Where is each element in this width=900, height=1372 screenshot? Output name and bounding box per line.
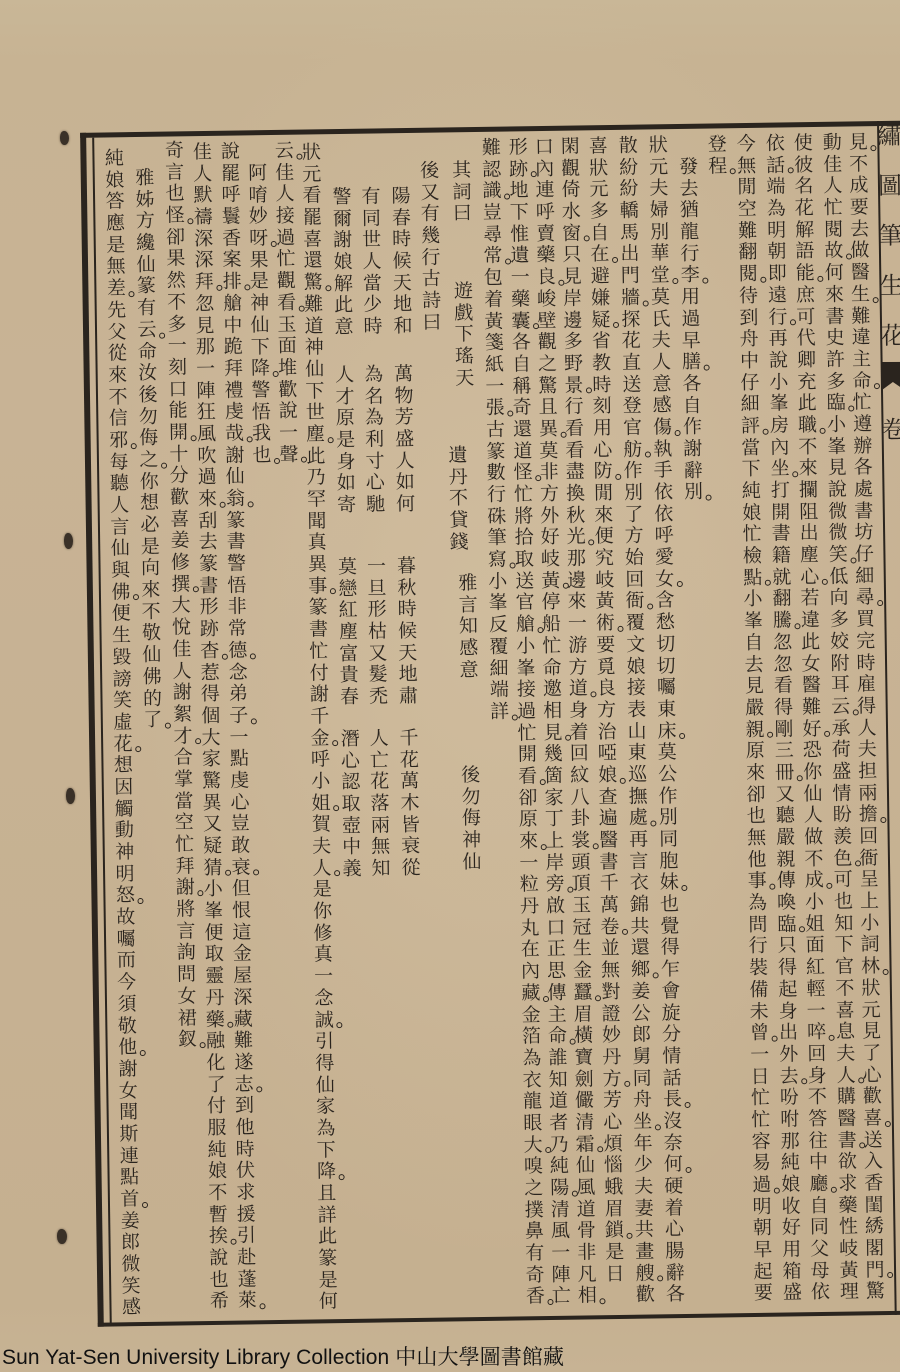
glyph: 細 bbox=[852, 566, 878, 588]
glyph: 八 bbox=[567, 787, 593, 809]
glyph: 惟 bbox=[507, 224, 533, 246]
glyph: 丹 bbox=[516, 896, 542, 918]
glyph: 作 bbox=[655, 786, 681, 808]
glyph: 心 bbox=[661, 1219, 687, 1241]
glyph: 天 bbox=[389, 273, 415, 295]
glyph: 原 bbox=[332, 408, 358, 430]
glyph: 此 bbox=[314, 1227, 340, 1249]
glyph: 忙 bbox=[172, 834, 198, 856]
glyph: 乃 bbox=[303, 468, 329, 490]
glyph: 拜 bbox=[220, 358, 246, 380]
glyph: 切 bbox=[653, 656, 679, 678]
glyph: 了 bbox=[203, 1074, 229, 1096]
glyph: 同 bbox=[629, 1068, 655, 1090]
glyph: 心 bbox=[600, 1112, 626, 1134]
glyph: 靈 bbox=[201, 966, 227, 988]
glyph: 卦 bbox=[567, 809, 593, 831]
glyph: 衰 bbox=[228, 857, 254, 879]
glyph: 一 bbox=[164, 335, 190, 357]
glyph: 猜 bbox=[200, 857, 226, 879]
glyph: 取 bbox=[511, 549, 537, 571]
glyph: 錢 bbox=[446, 532, 472, 554]
glyph: 萬 bbox=[391, 364, 417, 386]
glyph: 弟 bbox=[225, 684, 251, 706]
glyph: 解 bbox=[330, 274, 356, 296]
glyph: 看 bbox=[299, 186, 325, 208]
glyph: 的 bbox=[139, 688, 165, 710]
glyph: 方 bbox=[565, 657, 591, 679]
glyph: 性 bbox=[835, 1217, 861, 1239]
glyph: 好 bbox=[537, 527, 563, 549]
glyph: 一 bbox=[310, 966, 336, 988]
glyph: 十 bbox=[166, 444, 192, 466]
glyph: 數 bbox=[483, 463, 509, 485]
poem-line: 千花萬木皆衰從 bbox=[396, 728, 424, 880]
glyph: 意 bbox=[331, 317, 357, 339]
glyph: 名 bbox=[361, 386, 387, 408]
glyph: 端 bbox=[486, 680, 512, 702]
glyph: 官 bbox=[831, 957, 857, 979]
glyph: 岐 bbox=[592, 570, 618, 592]
glyph: 自 bbox=[741, 633, 767, 655]
glyph: 夫 bbox=[648, 330, 674, 352]
glyph: 紅 bbox=[802, 957, 828, 979]
glyph: 純 bbox=[546, 1156, 572, 1178]
glyph: 官 bbox=[619, 417, 645, 439]
glyph: 忙 bbox=[510, 484, 536, 506]
glyph: 來 bbox=[105, 365, 131, 387]
glyph: 時 bbox=[360, 316, 386, 338]
glyph: 長 bbox=[659, 1089, 685, 1111]
glyph: 送 bbox=[512, 571, 538, 593]
glyph: 娘 bbox=[778, 1174, 804, 1196]
glyph: 書 bbox=[822, 306, 848, 328]
poem-line: 暮秋時候天地肅 bbox=[393, 556, 421, 708]
glyph: 彼 bbox=[791, 155, 817, 177]
glyph: 主 bbox=[544, 1004, 570, 1026]
glyph: 枯 bbox=[364, 621, 390, 643]
glyph: 莫 bbox=[334, 557, 360, 579]
glyph: 後 bbox=[135, 385, 161, 407]
glyph: 箔 bbox=[518, 1026, 544, 1048]
glyph: 問 bbox=[745, 914, 771, 936]
glyph: 娘 bbox=[204, 1161, 230, 1183]
glyph: 啐 bbox=[803, 1022, 829, 1044]
glyph: 生 bbox=[847, 284, 873, 306]
glyph: 何 bbox=[315, 1292, 341, 1314]
glyph: 真 bbox=[310, 945, 336, 967]
glyph: 公 bbox=[628, 1003, 654, 1025]
glyph: 非 bbox=[224, 597, 250, 619]
library-collection-caption: Sun Yat-Sen University Library Collectio… bbox=[2, 1341, 564, 1371]
glyph: 來 bbox=[591, 505, 617, 527]
glyph: 話 bbox=[659, 1068, 685, 1090]
glyph: 說 bbox=[765, 350, 791, 372]
glyph: 翁 bbox=[222, 488, 248, 510]
glyph: 疑 bbox=[588, 309, 614, 331]
glyph: 娘 bbox=[595, 765, 621, 787]
glyph: 取 bbox=[338, 794, 364, 816]
glyph: 謝 bbox=[680, 439, 706, 461]
glyph: 禮 bbox=[221, 380, 247, 402]
glyph: 元 bbox=[299, 164, 325, 186]
glyph: 觀 bbox=[273, 271, 299, 293]
glyph: 囑 bbox=[113, 929, 139, 951]
glyph: 言 bbox=[107, 517, 133, 539]
glyph: 依 bbox=[650, 482, 676, 504]
glyph: 無 bbox=[734, 155, 760, 177]
glyph: 一 bbox=[363, 556, 389, 578]
glyph: 文 bbox=[623, 634, 649, 656]
glyph: 自 bbox=[586, 223, 612, 245]
glyph: 罷 bbox=[299, 207, 325, 229]
glyph: 傷 bbox=[649, 417, 675, 439]
glyph: 佳 bbox=[189, 142, 215, 164]
glyph: 問 bbox=[173, 964, 199, 986]
glyph: 道 bbox=[545, 1091, 571, 1113]
glyph: 劍 bbox=[571, 1069, 597, 1091]
glyph: 古 bbox=[482, 419, 508, 441]
glyph: 用 bbox=[677, 287, 703, 309]
glyph: 水 bbox=[558, 201, 584, 223]
glyph: 勿 bbox=[458, 787, 484, 809]
glyph: 多 bbox=[164, 314, 190, 336]
glyph: 驚 bbox=[300, 272, 326, 294]
glyph: 出 bbox=[796, 523, 822, 545]
glyph: 這 bbox=[229, 922, 255, 944]
glyph: 嗅 bbox=[520, 1156, 546, 1178]
glyph: 真 bbox=[304, 533, 330, 555]
glyph: 入 bbox=[860, 1151, 886, 1173]
glyph: 下 bbox=[831, 935, 857, 957]
glyph: 婦 bbox=[646, 200, 672, 222]
glyph: 衰 bbox=[398, 836, 424, 858]
glyph: 承 bbox=[828, 718, 854, 740]
glyph: 謝 bbox=[169, 682, 195, 704]
glyph: 言 bbox=[455, 595, 481, 617]
glyph: 故 bbox=[821, 241, 847, 263]
glyph: 常 bbox=[480, 246, 506, 268]
glyph: 夫 bbox=[309, 836, 335, 858]
glyph: 道 bbox=[573, 1199, 599, 1221]
glyph: 案 bbox=[219, 250, 245, 272]
glyph: 跪 bbox=[220, 337, 246, 359]
glyph: 花 bbox=[878, 311, 900, 361]
glyph: 仙 bbox=[459, 852, 485, 874]
glyph: 覆 bbox=[486, 636, 512, 658]
glyph: 纔 bbox=[133, 233, 159, 255]
glyph: 說 bbox=[275, 401, 301, 423]
glyph: 丸 bbox=[517, 918, 543, 940]
glyph: 神 bbox=[112, 842, 138, 864]
glyph: 見 bbox=[858, 1021, 884, 1043]
glyph: 書 bbox=[768, 524, 794, 546]
glyph: 怒 bbox=[112, 885, 138, 907]
glyph: 忙 bbox=[747, 1088, 773, 1110]
glyph: 說 bbox=[217, 141, 243, 163]
glyph: 融 bbox=[202, 1031, 228, 1053]
glyph: 有 bbox=[522, 1243, 548, 1265]
glyph: 貸 bbox=[446, 510, 472, 532]
glyph: 回 bbox=[622, 569, 648, 591]
glyph: 別 bbox=[655, 807, 681, 829]
glyph: 姜 bbox=[117, 1211, 143, 1233]
glyph: 裙 bbox=[174, 1008, 200, 1030]
glyph: 啞 bbox=[594, 743, 620, 765]
glyph: 但 bbox=[228, 879, 254, 901]
glyph: 降 bbox=[313, 1161, 339, 1183]
glyph: 事 bbox=[744, 871, 770, 893]
glyph: 一 bbox=[564, 613, 590, 635]
glyph: 難 bbox=[301, 294, 327, 316]
glyph: 常 bbox=[224, 619, 250, 641]
glyph: 人 bbox=[169, 661, 195, 683]
glyph: 身 bbox=[566, 700, 592, 722]
glyph: 他 bbox=[744, 849, 770, 871]
glyph: 依 bbox=[651, 504, 677, 526]
glyph: 且 bbox=[314, 1183, 340, 1205]
glyph: 小 bbox=[801, 892, 827, 914]
glyph: 口 bbox=[543, 917, 569, 939]
glyph: 要 bbox=[593, 635, 619, 657]
glyph: 執 bbox=[650, 439, 676, 461]
glyph: 明 bbox=[763, 220, 789, 242]
glyph: 接 bbox=[272, 206, 298, 228]
glyph: 回 bbox=[855, 826, 881, 848]
glyph: 果 bbox=[246, 250, 272, 272]
glyph: 端 bbox=[763, 177, 789, 199]
glyph: 言 bbox=[173, 921, 199, 943]
glyph: 當 bbox=[738, 437, 764, 459]
glyph: 旦 bbox=[364, 578, 390, 600]
glyph: 夫 bbox=[631, 1176, 657, 1198]
glyph: 個 bbox=[198, 706, 224, 728]
glyph: 釵 bbox=[174, 1029, 200, 1051]
glyph: 戲 bbox=[451, 303, 477, 325]
glyph: 硬 bbox=[661, 1176, 687, 1198]
glyph: 此 bbox=[794, 393, 820, 415]
glyph: 每 bbox=[106, 452, 132, 474]
glyph: 閒 bbox=[734, 177, 760, 199]
glyph: 臨 bbox=[823, 393, 849, 415]
glyph: 得 bbox=[774, 957, 800, 979]
glyph: 此 bbox=[798, 632, 824, 654]
glyph: 連 bbox=[532, 180, 558, 202]
glyph: 也 bbox=[743, 806, 769, 828]
glyph: 煩 bbox=[600, 1134, 626, 1156]
glyph: 氏 bbox=[648, 309, 674, 331]
glyph: 身 bbox=[775, 1001, 801, 1023]
glyph: 禿 bbox=[365, 686, 391, 708]
glyph: 還 bbox=[509, 419, 535, 441]
glyph: 着 bbox=[661, 1198, 687, 1220]
glyph: 奇 bbox=[161, 140, 187, 162]
glyph: 反 bbox=[485, 615, 511, 637]
glyph: 忽 bbox=[192, 294, 218, 316]
glyph: 人 bbox=[309, 858, 335, 880]
glyph: 共 bbox=[627, 916, 653, 938]
glyph: 篆 bbox=[133, 276, 159, 298]
glyph: 去 bbox=[776, 1066, 802, 1088]
glyph: 送 bbox=[619, 374, 645, 396]
glyph: 一 bbox=[516, 853, 542, 875]
glyph: 想 bbox=[136, 493, 162, 515]
glyph: 到 bbox=[231, 1096, 257, 1118]
glyph: 純 bbox=[777, 1153, 803, 1175]
glyph: 謗 bbox=[109, 669, 135, 691]
glyph: 天 bbox=[395, 643, 421, 665]
glyph: 清 bbox=[547, 1199, 573, 1221]
glyph: 教 bbox=[588, 353, 614, 375]
glyph: 來 bbox=[743, 763, 769, 785]
glyph: 不 bbox=[832, 978, 858, 1000]
glyph: 大 bbox=[168, 596, 194, 618]
glyph: 買 bbox=[852, 609, 878, 631]
glyph: 妹 bbox=[656, 872, 682, 894]
glyph: 大 bbox=[520, 1135, 546, 1157]
glyph: 人 bbox=[332, 365, 358, 387]
glyph: 佳 bbox=[820, 154, 846, 176]
glyph: 謝 bbox=[172, 878, 198, 900]
glyph: 篆 bbox=[305, 598, 331, 620]
glyph: 咐 bbox=[777, 1109, 803, 1131]
glyph: 若 bbox=[797, 588, 823, 610]
glyph: 感 bbox=[118, 1297, 144, 1319]
glyph: 地 bbox=[395, 664, 421, 686]
glyph: 眼 bbox=[520, 1113, 546, 1135]
glyph: 情 bbox=[659, 1046, 685, 1068]
glyph: 心 bbox=[797, 567, 823, 589]
glyph: 醫 bbox=[834, 1108, 860, 1130]
glyph: 藥 bbox=[533, 245, 559, 267]
glyph: 去 bbox=[846, 219, 872, 241]
glyph: 神 bbox=[301, 337, 327, 359]
glyph: 從 bbox=[104, 343, 130, 365]
glyph: 卷 bbox=[597, 917, 623, 939]
glyph: 後 bbox=[458, 765, 484, 787]
glyph: 刻 bbox=[164, 357, 190, 379]
glyph: 作 bbox=[620, 461, 646, 483]
glyph: 母 bbox=[807, 1261, 833, 1283]
glyph: 花 bbox=[396, 750, 422, 772]
glyph: 省 bbox=[588, 331, 614, 353]
glyph: 騰 bbox=[769, 610, 795, 632]
glyph: 多 bbox=[826, 610, 852, 632]
glyph: 方 bbox=[132, 211, 158, 233]
glyph: 心 bbox=[362, 473, 388, 495]
glyph: 書 bbox=[305, 619, 331, 641]
glyph: 玉 bbox=[568, 895, 594, 917]
glyph: 裳 bbox=[568, 830, 594, 852]
glyph: 撰 bbox=[168, 574, 194, 596]
glyph: 書 bbox=[223, 532, 249, 554]
glyph: 希 bbox=[206, 1291, 232, 1313]
glyph: 謝 bbox=[115, 1059, 141, 1081]
glyph: 聞 bbox=[304, 511, 330, 533]
glyph: 萬 bbox=[596, 895, 622, 917]
glyph: 內 bbox=[767, 437, 793, 459]
glyph: 理 bbox=[836, 1282, 862, 1304]
glyph: 峻 bbox=[533, 289, 559, 311]
glyph: 醫 bbox=[847, 262, 873, 284]
glyph: 鎖 bbox=[601, 1220, 627, 1242]
glyph: 忙 bbox=[739, 524, 765, 546]
glyph: 醫 bbox=[596, 830, 622, 852]
glyph: 如 bbox=[392, 472, 418, 494]
glyph: 兩 bbox=[367, 815, 393, 837]
glyph: 藥 bbox=[507, 289, 533, 311]
glyph: 游 bbox=[565, 635, 591, 657]
glyph: 辭 bbox=[680, 460, 706, 482]
glyph: 蠶 bbox=[570, 982, 596, 1004]
glyph: 形 bbox=[196, 597, 222, 619]
glyph: 少 bbox=[360, 295, 386, 317]
glyph: 可 bbox=[830, 870, 856, 892]
glyph: 狀 bbox=[645, 135, 671, 157]
glyph: 書 bbox=[834, 1130, 860, 1152]
glyph: 能 bbox=[165, 400, 191, 422]
glyph: 喚 bbox=[773, 892, 799, 914]
glyph: 清 bbox=[572, 1112, 598, 1134]
text-column: 云。佳人接過忙觀看。玉面堆歡說一聲。 bbox=[271, 141, 302, 467]
glyph: 不 bbox=[801, 849, 827, 871]
glyph: 莫 bbox=[647, 287, 673, 309]
glyph: 打 bbox=[767, 480, 793, 502]
glyph: 口 bbox=[531, 137, 557, 159]
glyph: 詳 bbox=[487, 701, 513, 723]
glyph: 將 bbox=[172, 899, 198, 921]
glyph: 來 bbox=[516, 831, 542, 853]
glyph: 衣 bbox=[626, 873, 652, 895]
glyph: 邊 bbox=[564, 570, 590, 592]
glyph: 警 bbox=[248, 380, 274, 402]
poem-line: 遊戲下瑤天 bbox=[450, 281, 478, 390]
glyph: 驚 bbox=[199, 771, 225, 793]
glyph: 人 bbox=[820, 176, 846, 198]
glyph: 直 bbox=[618, 352, 644, 374]
glyph: 兩 bbox=[855, 783, 881, 805]
glyph: 筆 bbox=[876, 211, 900, 261]
glyph: 啟 bbox=[542, 896, 568, 918]
glyph: 人 bbox=[366, 728, 392, 750]
glyph: 勿 bbox=[135, 406, 161, 428]
glyph: 書 bbox=[196, 576, 222, 598]
glyph: 在 bbox=[517, 940, 543, 962]
glyph: 倚 bbox=[558, 180, 584, 202]
glyph: 雅 bbox=[132, 168, 158, 190]
glyph: 明 bbox=[112, 864, 138, 886]
glyph: 三 bbox=[771, 741, 797, 763]
glyph: 念 bbox=[311, 988, 337, 1010]
glyph: 亡 bbox=[366, 750, 392, 772]
glyph: 跡 bbox=[196, 619, 222, 641]
glyph: 掌 bbox=[171, 769, 197, 791]
glyph: 何 bbox=[660, 1154, 686, 1176]
glyph: 人 bbox=[854, 718, 880, 740]
glyph: 評 bbox=[737, 416, 763, 438]
glyph: 還 bbox=[300, 251, 326, 273]
glyph: 遊 bbox=[450, 281, 476, 303]
glyph: 畫 bbox=[632, 1241, 658, 1263]
glyph: 過 bbox=[749, 1175, 775, 1197]
glyph: 仙 bbox=[800, 784, 826, 806]
glyph: 荷 bbox=[828, 740, 854, 762]
glyph: 塵 bbox=[796, 545, 822, 567]
glyph: 就 bbox=[769, 567, 795, 589]
inscription-intro: 其詞曰 bbox=[449, 160, 476, 225]
glyph: 愛 bbox=[651, 547, 677, 569]
glyph: 硃 bbox=[484, 506, 510, 528]
